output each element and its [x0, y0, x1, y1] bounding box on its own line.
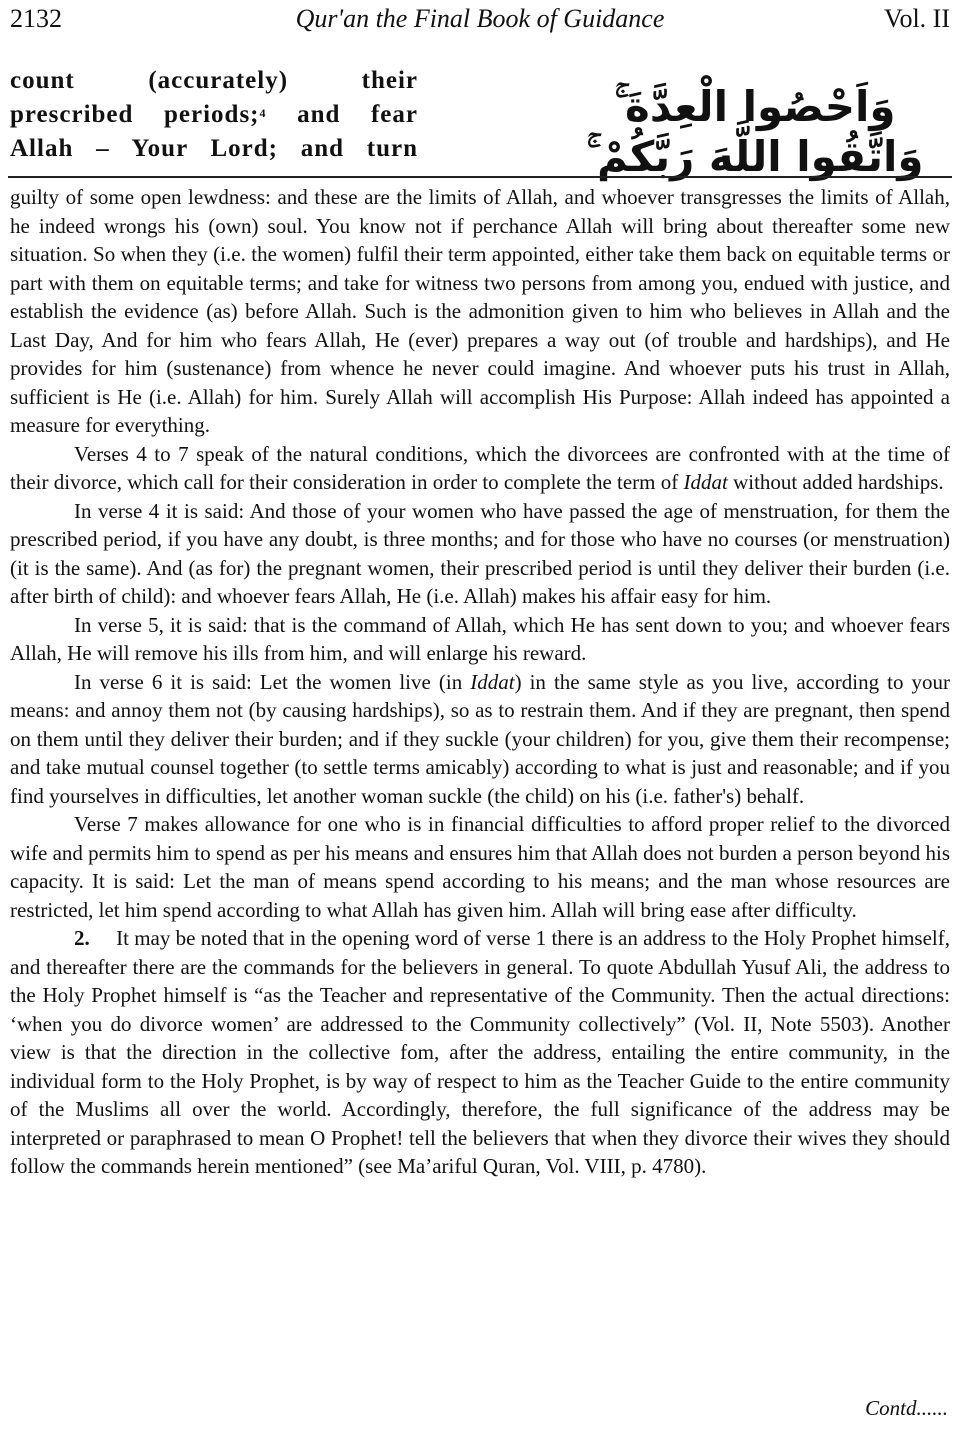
paragraph-note-2: 2. It may be noted that in the opening w…	[10, 924, 950, 1181]
verse-translation: count (accurately) their prescribed peri…	[10, 64, 418, 166]
footnote-marker: 4	[260, 106, 267, 120]
paragraph: In verse 5, it is said: that is the comm…	[10, 611, 950, 668]
running-title: Qur'an the Final Book of Guidance	[0, 4, 960, 34]
italic-term: Iddat	[470, 670, 514, 694]
arabic-verse: وَاَحْصُوا الْعِدَّةَ ۚ وَاتَّقُوا اللَّ…	[560, 82, 950, 182]
paragraph: In verse 4 it is said: And those of your…	[10, 497, 950, 611]
paragraph-text: It may be noted that in the opening word…	[10, 926, 950, 1178]
continued-label: Contd......	[865, 1396, 948, 1421]
paragraph: Verses 4 to 7 speak of the natural condi…	[10, 440, 950, 497]
verse-line-2: prescribed periods;4 and fear	[10, 98, 418, 132]
paragraph-text: In verse 6 it is said: Let the women liv…	[74, 670, 470, 694]
verse-line-2-text-end: and fear	[267, 101, 419, 128]
page-header: 2132 Qur'an the Final Book of Guidance V…	[0, 0, 960, 36]
paragraph: In verse 6 it is said: Let the women liv…	[10, 668, 950, 811]
paragraph-text: without added hardships.	[728, 470, 944, 494]
italic-term: Iddat	[684, 470, 728, 494]
volume-label: Vol. II	[884, 4, 950, 34]
verse-line-3: Allah – Your Lord; and turn	[10, 132, 418, 166]
section-divider	[8, 176, 952, 178]
verse-line-2-text: prescribed periods;	[10, 101, 260, 128]
verse-line-1: count (accurately) their	[10, 64, 418, 98]
paragraph: Verse 7 makes allowance for one who is i…	[10, 810, 950, 924]
commentary-body: guilty of some open lewdness: and these …	[10, 183, 950, 1181]
note-number: 2.	[74, 926, 90, 950]
paragraph: guilty of some open lewdness: and these …	[10, 183, 950, 440]
